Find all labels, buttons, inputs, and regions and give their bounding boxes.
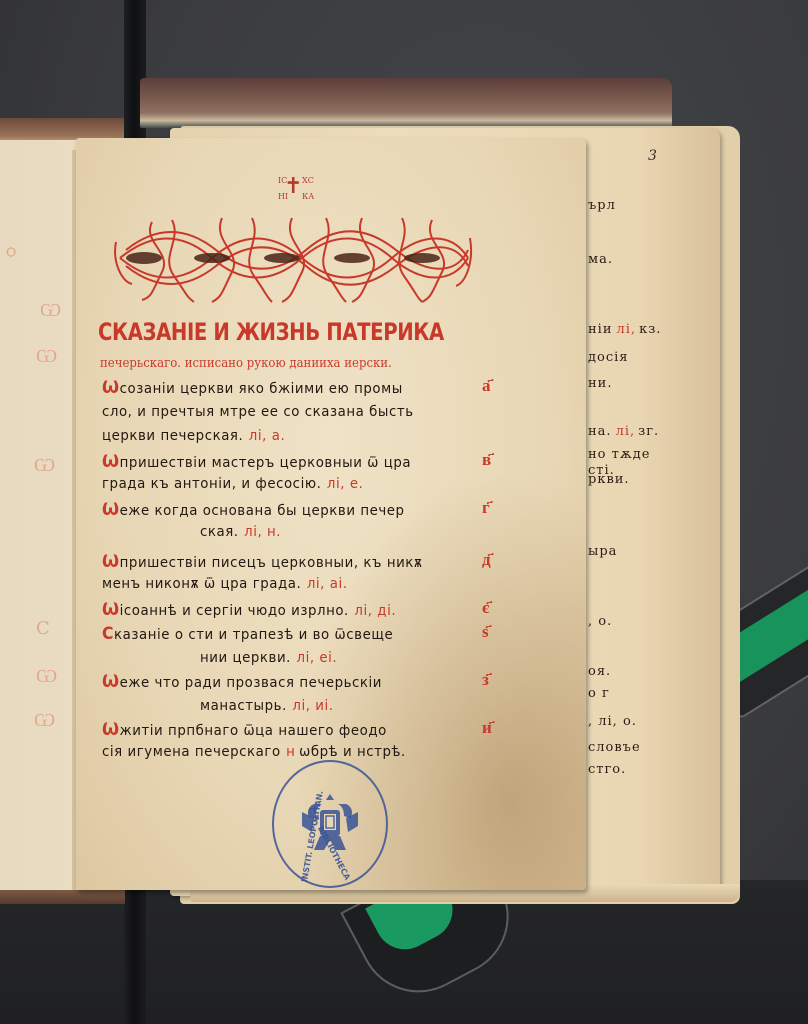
folio-number: 3 bbox=[648, 148, 657, 164]
toc-line: Ѡеже что ради прозвася печерьскіи bbox=[102, 672, 382, 692]
margin-numeral: а҃ bbox=[482, 376, 491, 396]
rubric-initial: Ѡ bbox=[102, 452, 120, 472]
margin-numeral: д҃ bbox=[482, 550, 491, 570]
back-page-fragment: словъе bbox=[588, 740, 641, 755]
folio-reference: лі, еі. bbox=[296, 650, 337, 666]
back-page-fragment: , лі, о. bbox=[588, 714, 637, 729]
fragment-text: о г bbox=[588, 686, 610, 701]
toc-line-text: сія игумена печерскаго bbox=[102, 744, 281, 760]
margin-numeral: и҃ bbox=[482, 718, 492, 738]
back-page-fragment: стго. bbox=[588, 762, 626, 777]
back-page-fragment: оя. bbox=[588, 664, 611, 679]
back-page-fragment: ма. bbox=[588, 252, 613, 267]
toc-line: ская.лі, н. bbox=[200, 524, 281, 540]
fragment-text: ніи bbox=[588, 322, 613, 337]
back-page-fragment: но тѫде bbox=[588, 447, 650, 462]
abbr-xc: ХС bbox=[302, 176, 314, 185]
page-subtitle: печерьскаго. исписано рукою данииха иерс… bbox=[100, 356, 478, 371]
fragment-text: на. bbox=[588, 424, 612, 439]
folio-reference: лі, е. bbox=[327, 476, 363, 492]
ghost-rubric: ѻ bbox=[6, 240, 16, 261]
folio-reference: лі, а. bbox=[249, 428, 285, 444]
margin-numeral: з҃ bbox=[482, 670, 489, 690]
back-page-fragment: ърл bbox=[588, 198, 616, 213]
fragment-text: но тѫде bbox=[588, 447, 650, 462]
toc-line-text: нии церкви. bbox=[200, 650, 291, 666]
library-stamp: INSTIT. LEOPOLITAN. C.R. BIBLIOTHECA bbox=[272, 760, 388, 888]
toc-line: Ѡеже когда основана бы церкви печер bbox=[102, 500, 405, 520]
rubric-initial: Ѡ bbox=[102, 600, 120, 620]
fragment-text: , о. bbox=[588, 614, 612, 629]
toc-line: нии церкви.лі, еі. bbox=[200, 650, 337, 666]
rubric-initial: Ѡ bbox=[102, 552, 120, 572]
fragment-text: ни. bbox=[588, 376, 612, 391]
folio-reference: лі, иі. bbox=[292, 698, 333, 714]
toc-line-text: сло, и пречтыя мтре ее со сказана бысть bbox=[102, 404, 414, 420]
back-page-fragment: ни. bbox=[588, 376, 612, 391]
rubric-initial: С bbox=[102, 624, 114, 644]
toc-line-text: манастырь. bbox=[200, 698, 287, 714]
toc-line-tail: ѡбрѣ и нстрѣ. bbox=[299, 744, 406, 760]
fragment-text: ыра bbox=[588, 544, 617, 559]
toc-line: града къ антоніи, и фесосію.лі, е. bbox=[102, 476, 363, 492]
toc-line-text: менъ никонѫ ѿ цра града. bbox=[102, 576, 301, 592]
toc-line-text: церкви печерская. bbox=[102, 428, 243, 444]
toc-line-text: житіи прпбнаго ѿца нашего феодо bbox=[120, 723, 387, 739]
abbr-ni: НІ bbox=[278, 192, 288, 201]
toc-line: манастырь.лі, иі. bbox=[200, 698, 334, 714]
fragment-text: ърл bbox=[588, 198, 616, 213]
margin-numeral: г҃ bbox=[482, 498, 490, 518]
abbr-ic: ІС bbox=[278, 176, 287, 185]
back-page-fragment: о г bbox=[588, 686, 610, 701]
folio-reference: лі, н. bbox=[244, 524, 281, 540]
fragment-text: , лі, о. bbox=[588, 714, 637, 729]
folio-reference: лі, bbox=[616, 424, 636, 439]
rubric-initial: Ѡ bbox=[102, 720, 120, 740]
toc-line-text: еже что ради прозвася печерьскіи bbox=[120, 675, 382, 691]
fragment-text: досія bbox=[588, 350, 628, 365]
margin-numeral: є҃ bbox=[482, 598, 489, 618]
rubric-initial: Ѡ bbox=[102, 500, 120, 520]
abbr-ka: КА bbox=[302, 192, 314, 201]
fragment-tail: зг. bbox=[638, 424, 659, 439]
margin-numeral: в҃ bbox=[482, 450, 491, 470]
toc-line: менъ никонѫ ѿ цра града.лі, аі. bbox=[102, 576, 348, 592]
back-page-fragment: досія bbox=[588, 350, 628, 365]
double-headed-eagle-icon bbox=[298, 790, 362, 856]
toc-line: сло, и пречтыя мтре ее со сказана бысть bbox=[102, 404, 414, 420]
fragment-tail: кз. bbox=[639, 322, 661, 337]
back-page-fragment: ніилі,кз. bbox=[588, 322, 661, 337]
toc-line-text: града къ антоніи, и фесосію. bbox=[102, 476, 321, 492]
fragment-text: словъе bbox=[588, 740, 641, 755]
back-page-fragment: , о. bbox=[588, 614, 612, 629]
folio-reference: лі, bbox=[617, 322, 637, 337]
toc-line-text: пришествіи мастеръ церковныи ѿ цра bbox=[120, 455, 411, 471]
binding-spine bbox=[140, 78, 672, 128]
folio-reference: лі, ді. bbox=[354, 603, 396, 619]
ghost-rubric: Ѡ bbox=[36, 666, 57, 687]
fragment-text: стго. bbox=[588, 762, 626, 777]
toc-line-text: ская. bbox=[200, 524, 239, 540]
back-page-fragment: ыра bbox=[588, 544, 617, 559]
ghost-rubric: Ѡ bbox=[34, 710, 55, 731]
toc-line-text: пришествіи писецъ церковныи, къ никѫ bbox=[120, 555, 423, 571]
toc-line: Ѡжитіи прпбнаго ѿца нашего феодо bbox=[102, 720, 387, 740]
margin-numeral: ѕ҃ bbox=[482, 622, 489, 642]
toc-line: Сказаніе о сти и трапезѣ и во ѿсвеще bbox=[102, 624, 393, 644]
rubric-initial: Ѡ bbox=[102, 378, 120, 398]
toc-line: церкви печерская.лі, а. bbox=[102, 428, 285, 444]
toc-line-text: казаніе о сти и трапезѣ и во ѿсвеще bbox=[114, 627, 393, 643]
fragment-text: оя. bbox=[588, 664, 611, 679]
fragment-text: ма. bbox=[588, 252, 613, 267]
toc-line: Ѡісоаннѣ и сергіи чюдо изрлно.лі, ді. bbox=[102, 600, 396, 620]
toc-line-text: созаніи церкви яко бжіими ею промы bbox=[120, 381, 403, 397]
back-page-fragment: ркви. bbox=[588, 472, 630, 487]
toc-line-text: ісоаннѣ и сергіи чюдо изрлно. bbox=[120, 603, 349, 619]
bottom-binding bbox=[0, 890, 125, 904]
folio-reference: лі, аі. bbox=[307, 576, 348, 592]
ghost-rubric: С bbox=[36, 618, 50, 639]
toc-line: Ѡпришествіи писецъ церковныи, къ никѫ bbox=[102, 552, 423, 572]
ghost-rubric: Ѡ bbox=[40, 300, 61, 321]
toc-line: Ѡпришествіи мастеръ церковныи ѿ цра bbox=[102, 452, 411, 472]
back-page-fragment: на.лі,зг. bbox=[588, 424, 659, 439]
toc-line: Ѡсозаніи церкви яко бжіими ею промы bbox=[102, 378, 403, 398]
rubric-initial: Ѡ bbox=[102, 672, 120, 692]
page-title: СКАЗАНІЕ И ЖИЗНЬ ПАТЕРИКА bbox=[98, 318, 426, 346]
folio-reference: н bbox=[286, 744, 295, 760]
interlace-headpiece-icon bbox=[112, 212, 474, 304]
fragment-text: ркви. bbox=[588, 472, 630, 487]
ghost-rubric: Ѡ bbox=[36, 346, 57, 367]
ghost-rubric: Ѡ bbox=[34, 455, 55, 476]
toc-line-text: еже когда основана бы церкви печер bbox=[120, 503, 405, 519]
toc-line: сія игумена печерскагонѡбрѣ и нстрѣ. bbox=[102, 744, 406, 760]
